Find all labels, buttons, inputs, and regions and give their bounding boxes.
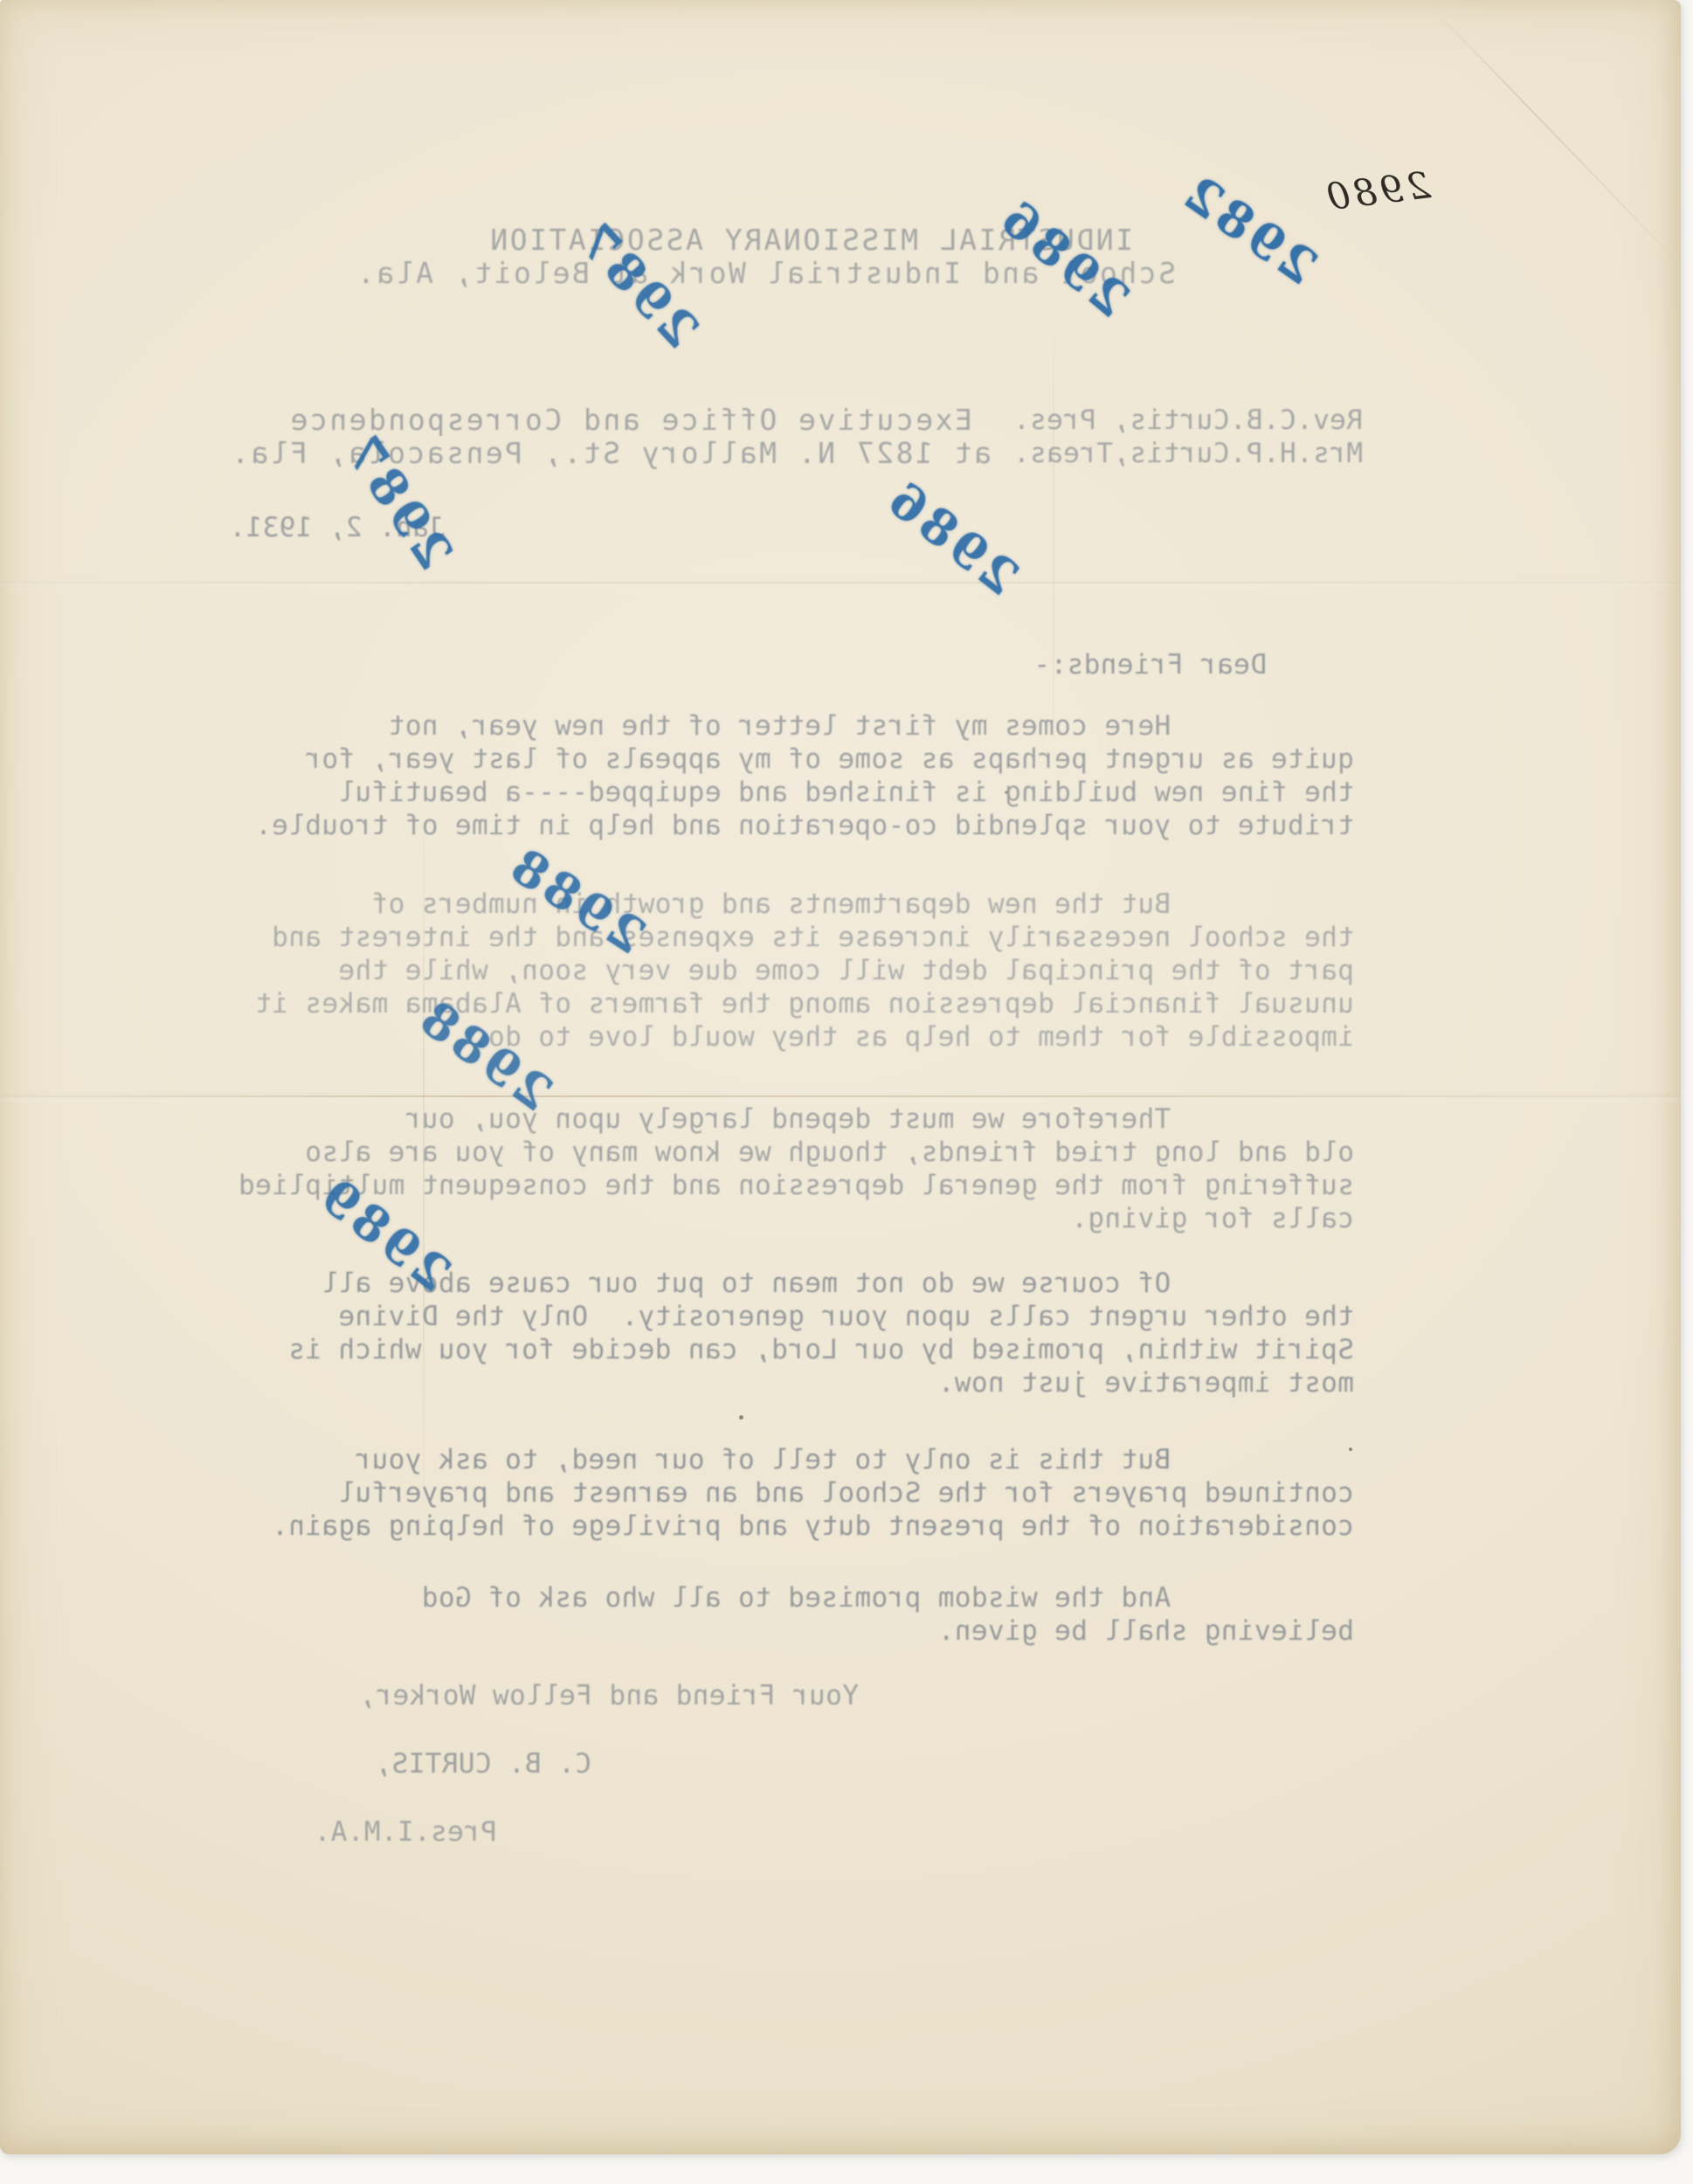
mirrored-bleedthrough-layer: INDUSTRIAL MISSIONARY ASSOCIATION School…	[0, 0, 1693, 2184]
body-paragraph-5: But this is only to tell of our need, to…	[272, 1443, 1354, 1543]
body-paragraph-1: Here comes my first letter of the new ye…	[255, 709, 1354, 842]
archive-number-stamp: 2982	[1171, 162, 1327, 296]
body-paragraph-4: Of course we do not mean to put our caus…	[288, 1267, 1354, 1400]
handwritten-archive-number: 2980	[1321, 163, 1433, 219]
closing-line-1: Your Friend and Fellow Worker,	[359, 1679, 859, 1712]
body-paragraph-6: And the wisdom promised to all who ask o…	[421, 1581, 1354, 1648]
closing-line-2: C. B. CURTIS,	[375, 1747, 591, 1780]
officer-line-president: Rev.C.B.Curtis, Pres.	[1013, 404, 1363, 437]
officer-line-treasurer: Mrs.H.P.Curtis,Treas.	[1013, 437, 1363, 470]
salutation: Dear Friends:-	[1033, 648, 1267, 681]
scanned-letter-verso: { "document": { "description": "Reverse …	[0, 0, 1693, 2184]
office-line-1: Executive Office and Correspondence	[288, 404, 972, 437]
archive-number-stamp: 2986	[875, 468, 1029, 606]
closing-line-3: Pres.I.M.A.	[314, 1815, 497, 1849]
